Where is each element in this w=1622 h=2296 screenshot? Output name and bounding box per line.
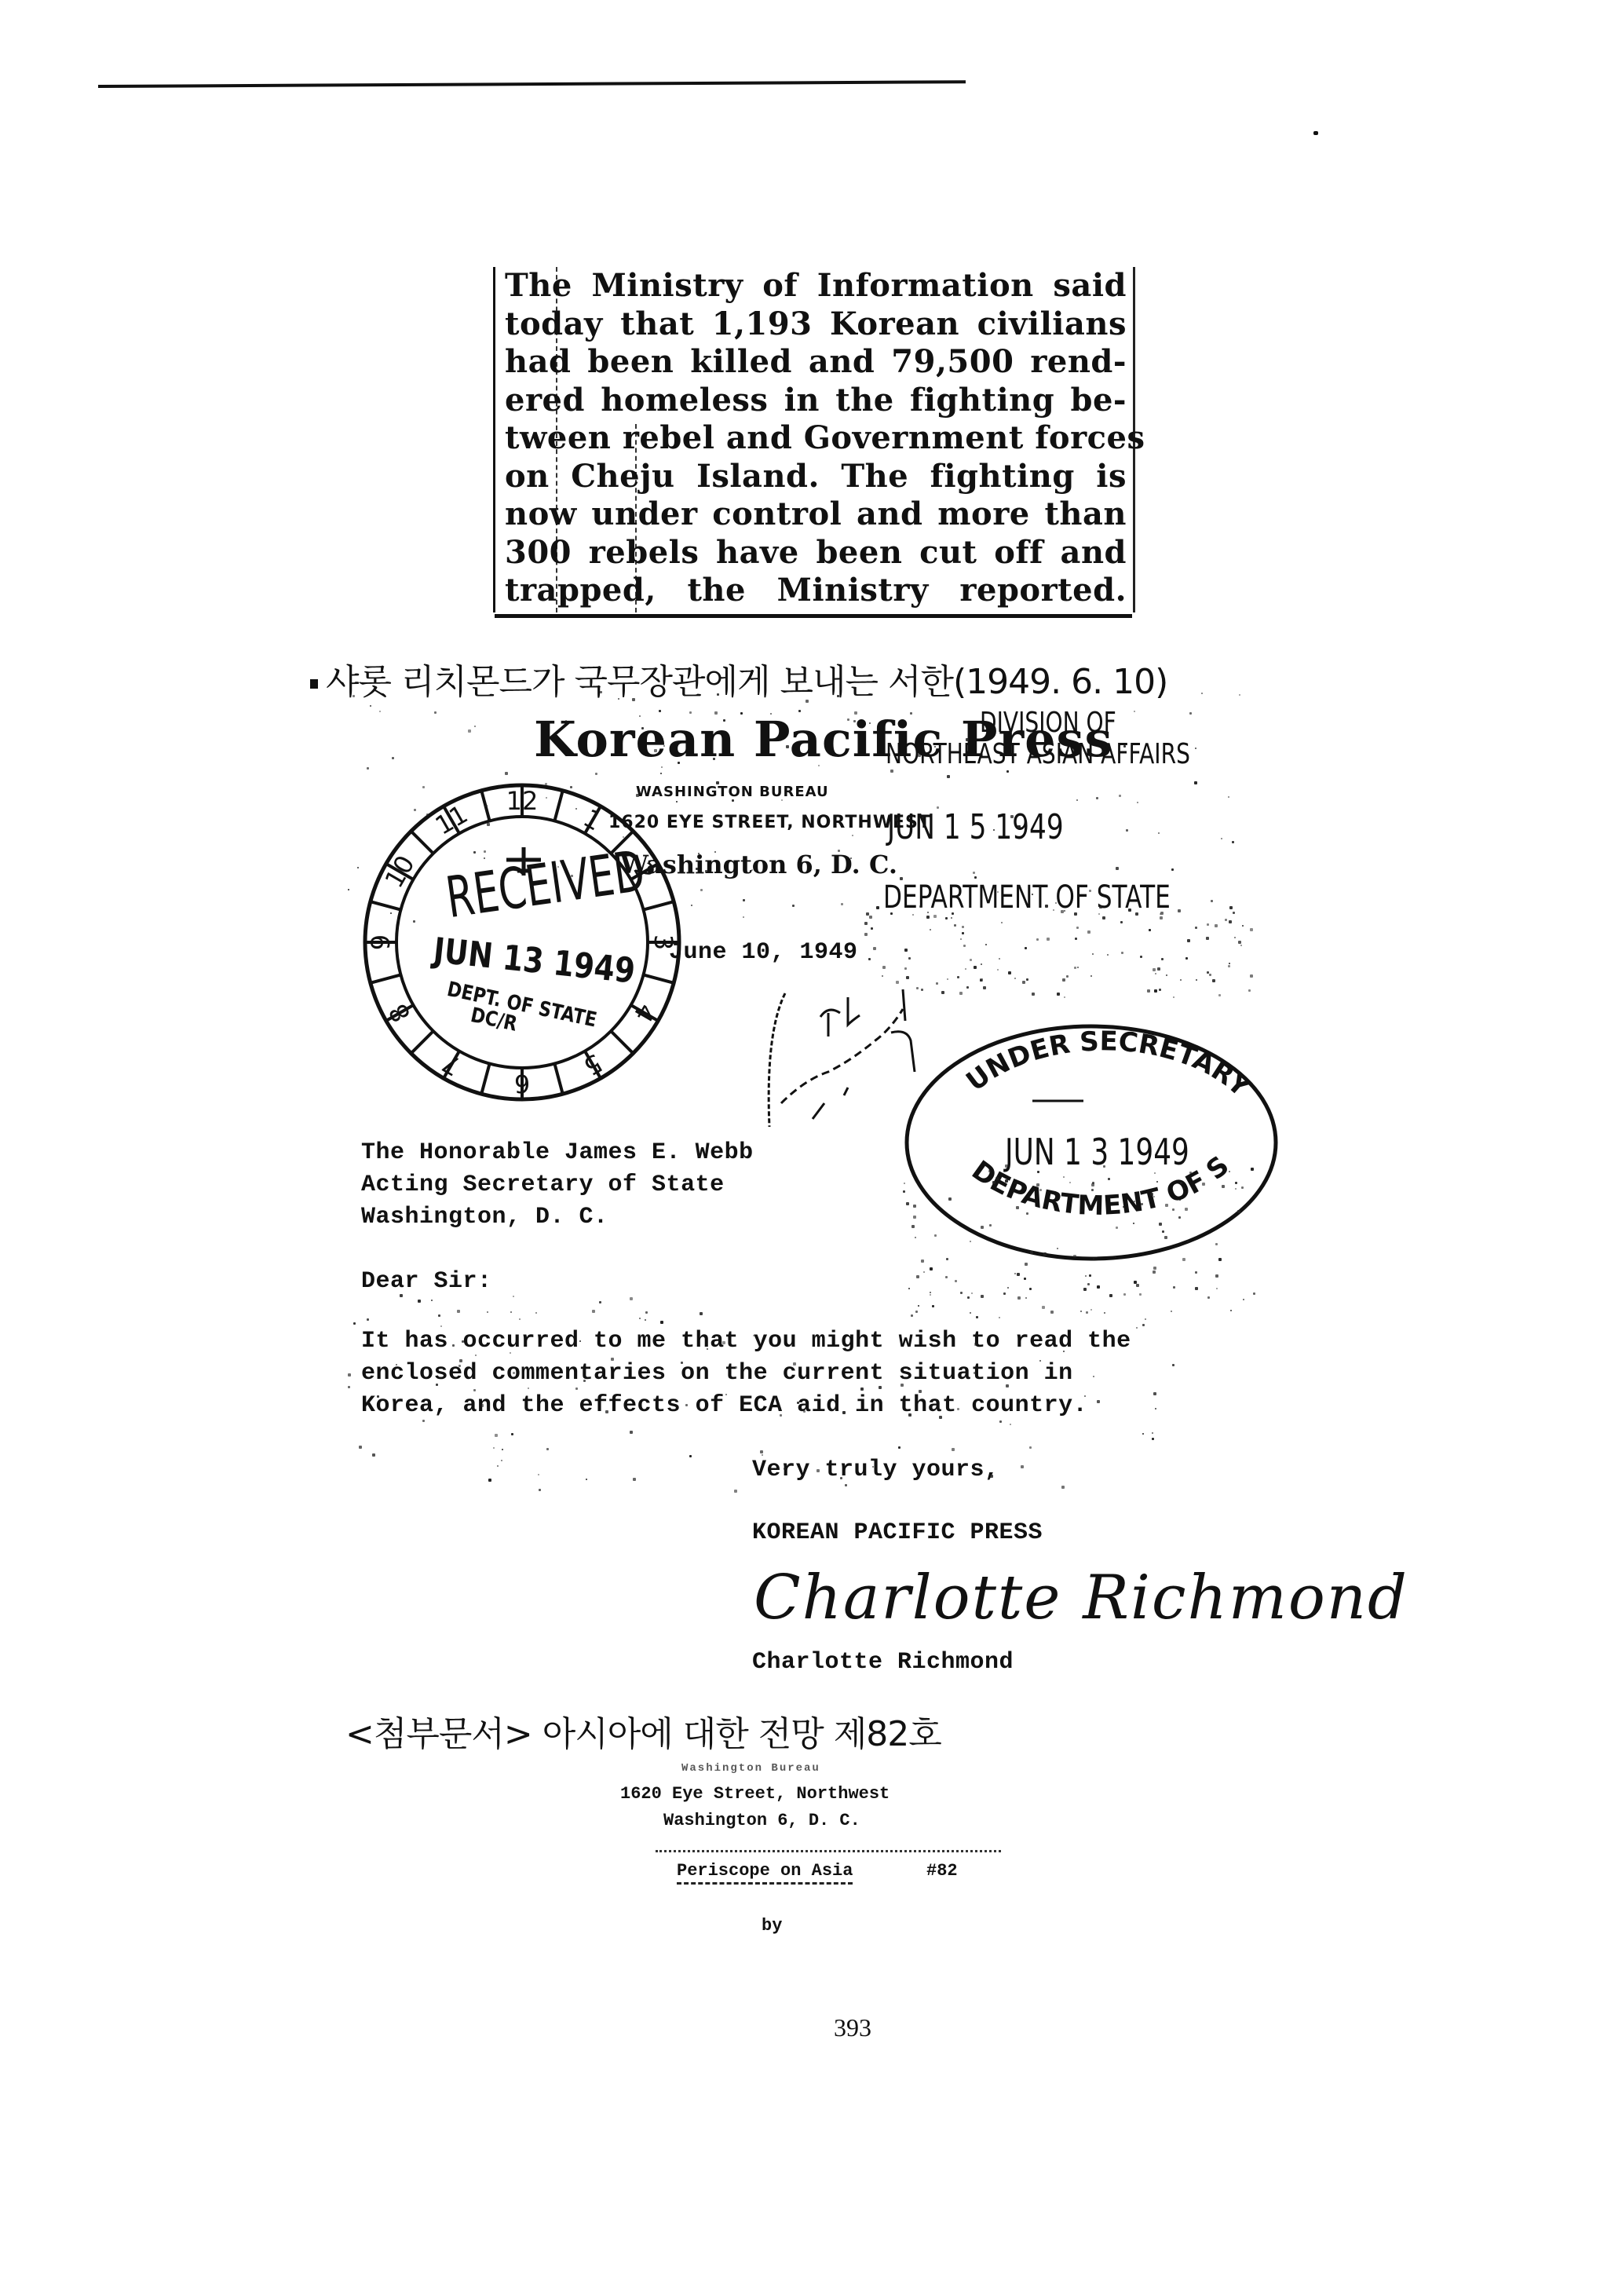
signer-name: Charlotte Richmond	[752, 1649, 1014, 1676]
svg-text:11: 11	[430, 799, 473, 840]
svg-text:9: 9	[366, 934, 396, 950]
svg-text:10: 10	[378, 850, 420, 893]
clipping-line: today that 1,193 Korean civilians	[505, 305, 1127, 344]
division-stamp-line2: NORTHEAST ASIAN AFFAIRS	[886, 738, 1190, 770]
attachment-title: Periscope on Asia	[677, 1861, 853, 1885]
clipping-bottom-rule	[495, 614, 1132, 618]
organization-name: KOREAN PACIFIC PRESS	[752, 1519, 1043, 1546]
under-secretary-date: JUN 1 3 1949	[1005, 1131, 1189, 1173]
svg-text:6: 6	[514, 1069, 530, 1099]
clipping-line: trapped, the Ministry reported.	[505, 572, 1127, 610]
closing: Very truly yours,	[752, 1457, 999, 1483]
clipping-line: had been killed and 79,500 rend-	[505, 343, 1127, 382]
attachment-heading: <첨부문서> 아시아에 대한 전망 제82호	[345, 1706, 941, 1756]
letter-body: It has occurred to me that you might wis…	[361, 1325, 1131, 1422]
page-number: 393	[834, 2013, 871, 2042]
body-line: enclosed commentaries on the current sit…	[361, 1358, 1131, 1390]
letter-date: June 10, 1949	[669, 939, 858, 966]
clipping-text: The Ministry of Information said today t…	[505, 267, 1127, 610]
division-stamp-department: DEPARTMENT OF STATE	[883, 879, 1171, 916]
clipping-line: now under control and more than	[505, 495, 1127, 534]
svg-text:UNDER SECRETARY: UNDER SECRETARY	[960, 1026, 1256, 1103]
svg-text:12: 12	[506, 786, 539, 816]
attachment-address-line1: 1620 Eye Street, Northwest	[620, 1784, 890, 1804]
attachment-by: by	[762, 1916, 782, 1936]
recipient-line: The Honorable James E. Webb	[361, 1137, 754, 1169]
received-stamp: 121234567891011 RECEIVED JUN 13 1949 DEP…	[357, 777, 687, 1107]
division-stamp-line1: DIVISION OF	[980, 707, 1116, 739]
section-heading-text: 샤롯 리치몬드가 국무장관에게 보내는 서한(1949. 6. 10)	[326, 662, 1167, 702]
attachment-address-line2: Washington 6, D. C.	[663, 1811, 860, 1830]
attachment-partial-line: Washington Bureau	[681, 1762, 820, 1775]
under-secretary-stamp: UNDER SECRETARY DEPARTMENT OF STATE JUN …	[895, 1013, 1288, 1272]
top-rule	[98, 80, 966, 88]
body-line: Korea, and the effects of ECA aid in tha…	[361, 1390, 1131, 1422]
salutation: Dear Sir:	[361, 1268, 492, 1295]
newspaper-clipping: The Ministry of Information said today t…	[493, 267, 1135, 612]
section-heading: 샤롯 리치몬드가 국무장관에게 보내는 서한(1949. 6. 10)	[310, 653, 1167, 704]
clipping-line: on Cheju Island. The fighting is	[505, 458, 1127, 496]
division-stamp-date: JUN 1 5 1949	[887, 807, 1064, 847]
recipient-address: The Honorable James E. Webb Acting Secre…	[361, 1137, 754, 1234]
attachment-issue: #82	[926, 1861, 958, 1881]
clipping-line: tween rebel and Government forces	[505, 419, 1127, 458]
stray-mark	[1313, 131, 1318, 135]
clipping-line: The Ministry of Information said	[505, 267, 1127, 305]
recipient-line: Washington, D. C.	[361, 1201, 754, 1234]
bullet-icon	[310, 679, 318, 689]
clipping-line: ered homeless in the fighting be-	[505, 382, 1127, 420]
recipient-line: Acting Secretary of State	[361, 1169, 754, 1201]
signature: Charlotte Richmond	[754, 1563, 1408, 1633]
body-line: It has occurred to me that you might wis…	[361, 1325, 1131, 1358]
attachment-dotted-rule	[656, 1850, 1001, 1852]
clipping-line: 300 rebels have been cut off and	[505, 534, 1127, 572]
